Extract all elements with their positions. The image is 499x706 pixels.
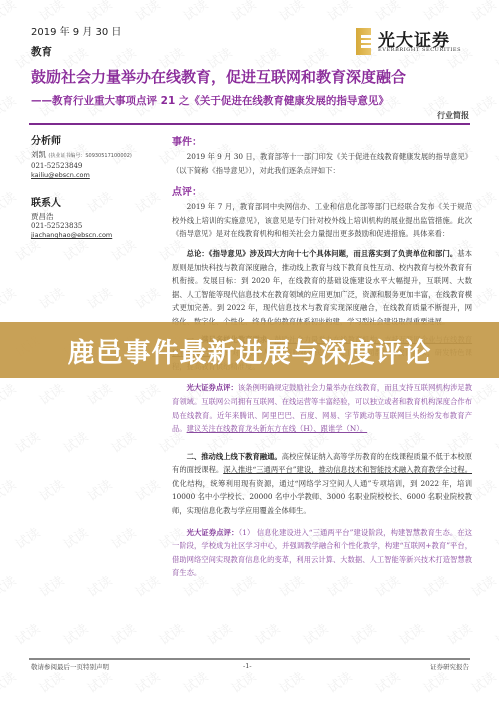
watermark-text: 试读: [35, 0, 67, 25]
analyst-name: 刘凯: [31, 150, 46, 159]
watermark-text: 试读: [11, 426, 43, 456]
contact-heading: 联系人: [31, 194, 166, 209]
watermark-text: 试读: [59, 522, 91, 552]
report-title: 鼓励社会力量举办在线教育，促进互联网和教育深度融合: [31, 66, 406, 87]
sector-label: 教育: [31, 44, 52, 59]
watermark-text: 试读: [323, 666, 355, 696]
watermark-text: 试读: [0, 282, 19, 312]
watermark-text: 试读: [11, 618, 43, 648]
watermark-text: 试读: [491, 234, 499, 264]
watermark-text: 试读: [83, 282, 115, 312]
header-divider: [29, 123, 470, 125]
analyst-heading: 分析师: [31, 132, 166, 147]
watermark-text: 试读: [419, 0, 451, 25]
analyst-phone: 021-52523849: [31, 162, 166, 172]
comment1-highlight: 建议关注在线教育龙头新东方在线（H）、跟谁学（N）。: [187, 424, 368, 433]
watermark-text: 试读: [467, 666, 499, 696]
page-number: -1-: [243, 662, 252, 670]
watermark-text: 试读: [467, 0, 499, 25]
watermark-text: 试读: [131, 378, 163, 408]
watermark-text: 试读: [35, 570, 67, 600]
watermark-text: 试读: [83, 474, 115, 504]
watermark-text: 试读: [203, 618, 235, 648]
watermark-text: 试读: [107, 426, 139, 456]
comment2-paragraph: 光大证券点评：（1） 信息化建设进入“三通两平台”建设阶段，构建智慧教育生态。在…: [172, 526, 472, 580]
watermark-text: 试读: [107, 618, 139, 648]
watermark-text: 试读: [131, 570, 163, 600]
watermark-text: 试读: [0, 186, 19, 216]
point2-highlight: 深入推进“三通两平台”建设，推动信息技术和智能技术融入教育教学全过程。: [223, 465, 472, 474]
watermark-text: 试读: [0, 474, 19, 504]
watermark-text: 试读: [227, 666, 259, 696]
footer-report-type: 证券研究报告: [430, 662, 469, 671]
watermark-text: 试读: [11, 522, 43, 552]
watermark-text: 试读: [0, 378, 19, 408]
footer-divider: [29, 658, 470, 660]
sidebar-contacts: 分析师 刘凯 (执业证书编号：S0930517100002) 021-52523…: [31, 132, 166, 240]
watermark-text: 试读: [131, 282, 163, 312]
watermark-text: 试读: [35, 378, 67, 408]
review-heading: 点评：: [172, 183, 472, 198]
watermark-text: 试读: [35, 474, 67, 504]
watermark-text: 试读: [131, 666, 163, 696]
point2-paragraph: 二、推动线上线下教育融通。高校应保证纳入高等学历教育的在线课程质量不低于本校原有…: [172, 450, 472, 518]
headline-banner: 鹿邑事件最新进展与深度评论: [0, 322, 499, 378]
watermark-text: 试读: [83, 0, 115, 25]
watermark-text: 试读: [467, 90, 499, 120]
summary-body: 基本原则是加快科技与教育深度融合，推动线上教育与线下教育良性互动、校内教育与校外…: [172, 249, 472, 326]
analyst-info: 刘凯 (执业证书编号：S0930517100002): [31, 150, 166, 162]
analyst-cert: (执业证书编号：S0930517100002): [48, 153, 131, 159]
watermark-text: 试读: [275, 666, 307, 696]
watermark-text: 试读: [0, 666, 19, 696]
logo-english-name: EVERBRIGHT SECURITIES: [378, 47, 461, 53]
review-paragraph: 2019 年 7 月，教育部同中央网信办、工业和信息化部等部门已经联合发布《关于…: [172, 200, 472, 241]
contact-name: 贾昌浩: [31, 212, 166, 222]
watermark-text: 试读: [59, 618, 91, 648]
watermark-text: 试读: [491, 522, 499, 552]
everbright-logo: 光大证券 EVERBRIGHT SECURITIES: [356, 26, 496, 56]
watermark-text: 试读: [131, 0, 163, 25]
watermark-text: 试读: [323, 0, 355, 25]
event-paragraph: 2019 年 9 月 30 日，教育部等十一部门印发《关于促进在线教育健康发展的…: [172, 150, 472, 177]
watermark-text: 试读: [0, 0, 19, 25]
contact-phone: 021-52523835: [31, 222, 166, 232]
report-date: 2019 年 9 月 30 日: [31, 23, 121, 38]
watermark-text: 试读: [179, 0, 211, 25]
watermark-text: 试读: [395, 618, 427, 648]
watermark-text: 试读: [371, 666, 403, 696]
point2-body-b: 优化结构，统筹利用现有资源，通过“网络学习空间人人通”专项培训，到 2022 年…: [172, 479, 472, 515]
watermark-text: 试读: [491, 138, 499, 168]
watermark-text: 试读: [491, 426, 499, 456]
comment2-label: 光大证券点评：: [187, 528, 239, 537]
summary-lead: 总论：《指导意见》涉及四大方向十七个具体问题，而且落实到了负责单位和部门。: [187, 249, 458, 258]
document-type: 行业简报: [437, 110, 469, 121]
watermark-text: 试读: [347, 618, 379, 648]
summary-paragraph: 总论：《指导意见》涉及四大方向十七个具体问题，而且落实到了负责单位和部门。基本原…: [172, 247, 472, 329]
point2-lead: 二、推动线上线下教育融通。: [187, 452, 282, 461]
comment1-paragraph: 光大证券点评：该条例明确规定鼓励社会力量举办在线教育，而且支持互联网机构涉足教育…: [172, 381, 472, 435]
watermark-text: 试读: [227, 0, 259, 25]
watermark-text: 试读: [131, 474, 163, 504]
watermark-text: 试读: [491, 618, 499, 648]
analyst-email-link[interactable]: kailiu@ebscn.com: [31, 171, 166, 180]
watermark-text: 试读: [179, 666, 211, 696]
watermark-text: 试读: [83, 378, 115, 408]
watermark-text: 试读: [0, 570, 19, 600]
watermark-text: 试读: [251, 618, 283, 648]
watermark-text: 试读: [0, 90, 19, 120]
report-subtitle: ——教育行业重大事项点评 21 之《关于促进在线教育健康发展的指导意见》: [31, 93, 389, 108]
watermark-text: 试读: [443, 618, 475, 648]
watermark-text: 试读: [275, 0, 307, 25]
watermark-text: 试读: [155, 618, 187, 648]
contact-email-link[interactable]: jiachanghao@ebscn.com: [31, 231, 166, 240]
watermark-text: 试读: [59, 426, 91, 456]
watermark-text: 试读: [371, 0, 403, 25]
watermark-text: 试读: [35, 282, 67, 312]
event-heading: 事件：: [172, 133, 472, 148]
watermark-text: 试读: [83, 570, 115, 600]
watermark-text: 试读: [299, 618, 331, 648]
logo-e-icon: [356, 28, 371, 55]
footer-disclaimer: 敬请参阅最后一页特别声明: [31, 662, 109, 671]
banner-headline: 鹿邑事件最新进展与深度评论: [68, 331, 432, 370]
watermark-text: 试读: [107, 522, 139, 552]
comment1-label: 光大证券点评：: [187, 383, 238, 392]
